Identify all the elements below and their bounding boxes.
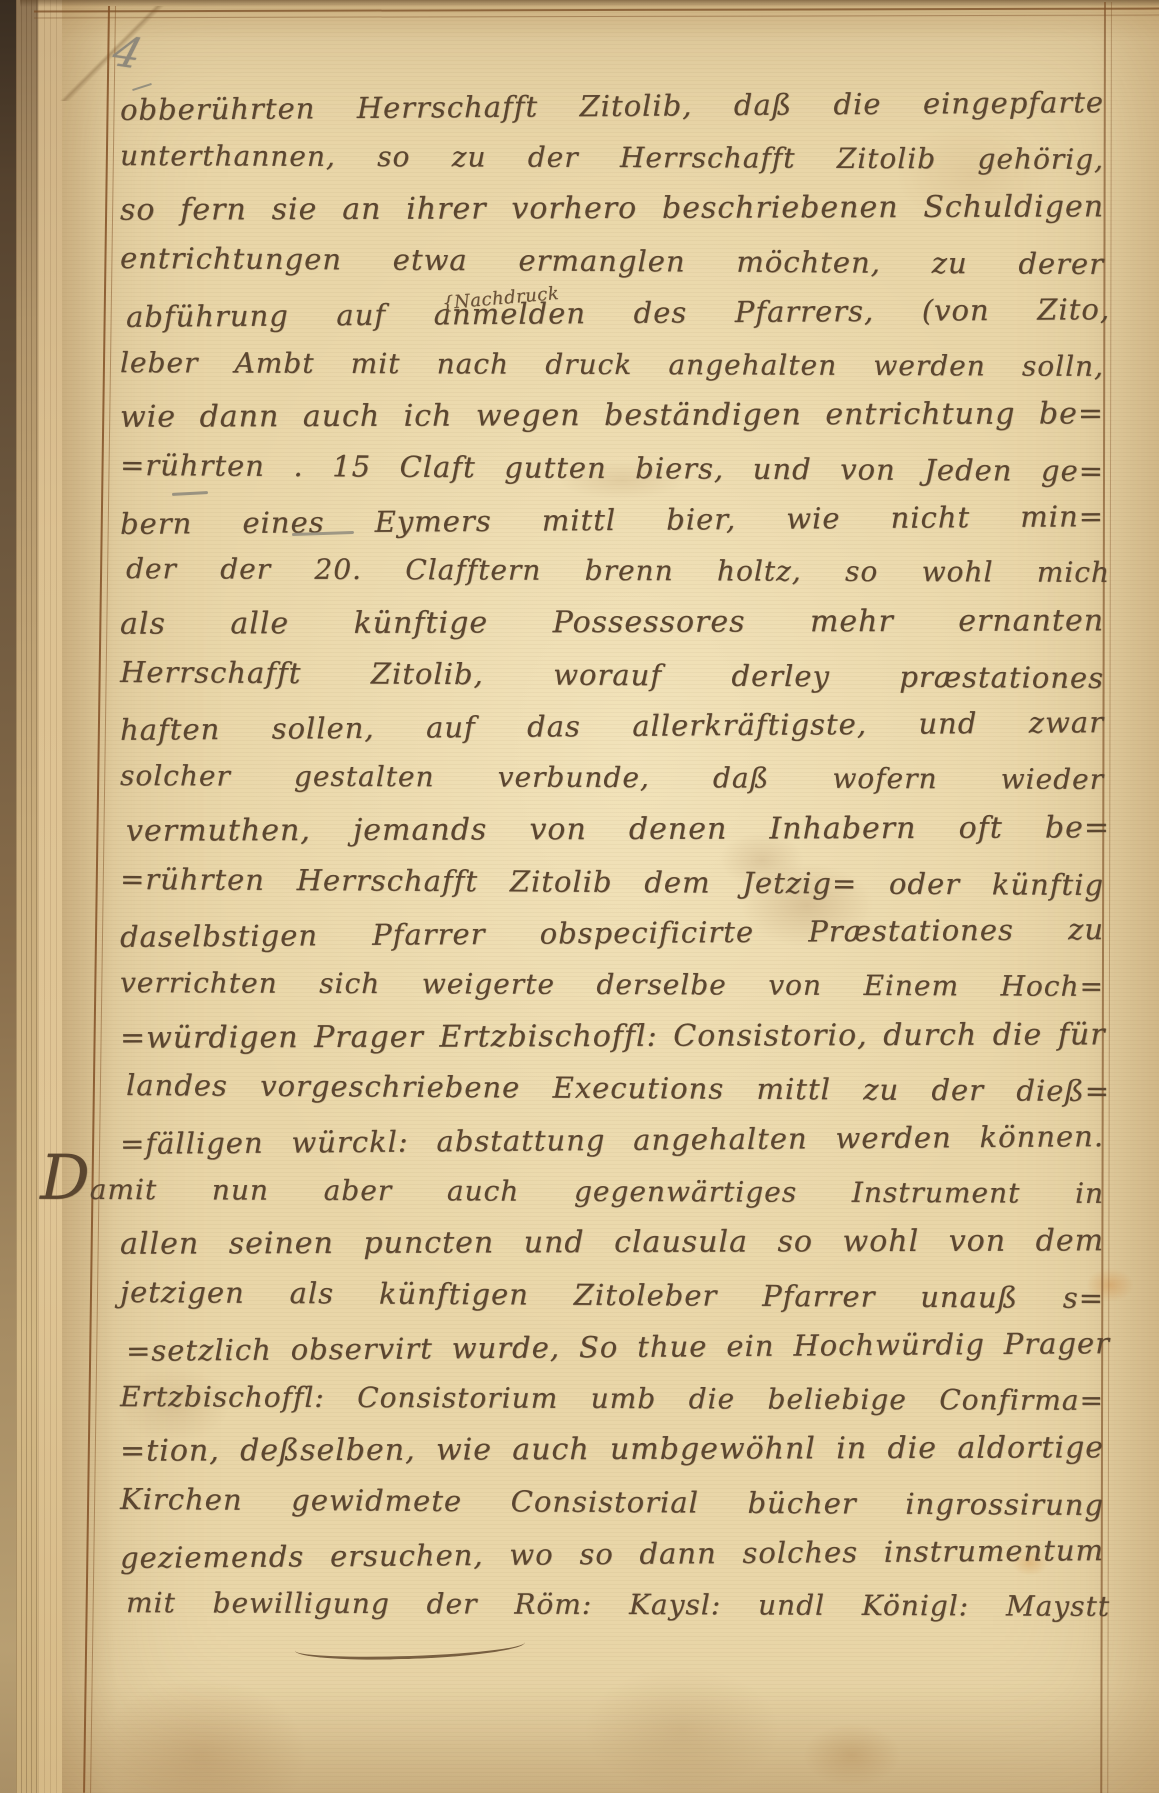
manuscript-line: Herrschafft Zitolib, worauf derley præst… (120, 652, 1104, 698)
manuscript-line: entrichtungen etwa ermanglen möchten, zu… (120, 238, 1104, 284)
manuscript-line: =fälligen würckl: abstattung angehalten … (120, 1116, 1104, 1164)
manuscript-line: Damit nun aber auch gegenwärtiges Instru… (120, 1170, 1104, 1214)
top-page-edge (20, 0, 1159, 7)
page-torn-edge (38, 0, 65, 1793)
page-stack-edge (16, 0, 40, 1793)
manuscript-line: wie dann auch ich wegen beständigen entr… (120, 394, 1104, 437)
manuscript-line: unterthannen, so zu der Herrschafft Zito… (120, 136, 1104, 180)
manuscript-line: der der 20. Clafftern brenn holtz, so wo… (120, 549, 1110, 593)
manuscript-line: als alle künftige Possessores mehr ernan… (120, 601, 1104, 644)
manuscript-line: leber Ambt mit nach druck angehalten wer… (120, 343, 1104, 387)
manuscript-line: mit bewilligung der Röm: Kaysl: undl Kön… (120, 1583, 1110, 1627)
manuscript-line: haften sollen, auf das allerkräftigste, … (120, 703, 1104, 751)
manuscript-scan: 4 obberührten Herrschafft Zitolib, daß d… (0, 0, 1159, 1793)
manuscript-line: =rührten Herrschafft Zitolib dem Jetzig=… (120, 858, 1104, 904)
manuscript-line: =tion, deßselben, wie auch umbgewöhnl in… (120, 1428, 1104, 1471)
manuscript-line: verrichten sich weigerte derselbe von Ei… (120, 963, 1104, 1007)
manuscript-line: jetzigen als künftigen Zitoleber Pfarrer… (120, 1272, 1104, 1318)
manuscript-line: bern eines Eymers mittl bier, wie nicht … (120, 496, 1104, 544)
manuscript-lines: obberührten Herrschafft Zitolib, daß die… (120, 86, 1104, 1706)
manuscript-line: geziemends ersuchen, wo so dann solches … (120, 1530, 1104, 1578)
manuscript-line: daselbstigen Pfarrer obspecificirte Præs… (120, 909, 1104, 957)
manuscript-line: so fern sie an ihrer vorhero beschrieben… (120, 188, 1104, 231)
manuscript-line: solcher gestalten verbunde, daß wofern w… (120, 756, 1104, 800)
manuscript-line: landes vorgeschriebene Executions mittl … (120, 1065, 1110, 1111)
manuscript-line: vermuthen, jemands von denen Inhabern of… (120, 808, 1110, 851)
manuscript-line: =würdigen Prager Ertzbischoffl: Consisto… (120, 1015, 1104, 1058)
manuscript-line: Kirchen gewidmete Consistorial bücher in… (120, 1479, 1104, 1525)
manuscript-line: =rührten . 15 Claft gutten biers, und vo… (120, 445, 1104, 491)
manuscript-line: allen seinen puncten und clausula so woh… (120, 1222, 1104, 1265)
manuscript-line: =setzlich observirt wurde, So thue ein H… (120, 1323, 1110, 1371)
manuscript-line: obberührten Herrschafft Zitolib, daß die… (120, 82, 1104, 130)
manuscript-line: Ertzbischoffl: Consistorium umb die beli… (120, 1377, 1104, 1421)
manuscript-line: abführung auf anmelden des Pfarrers, (vo… (120, 289, 1110, 337)
